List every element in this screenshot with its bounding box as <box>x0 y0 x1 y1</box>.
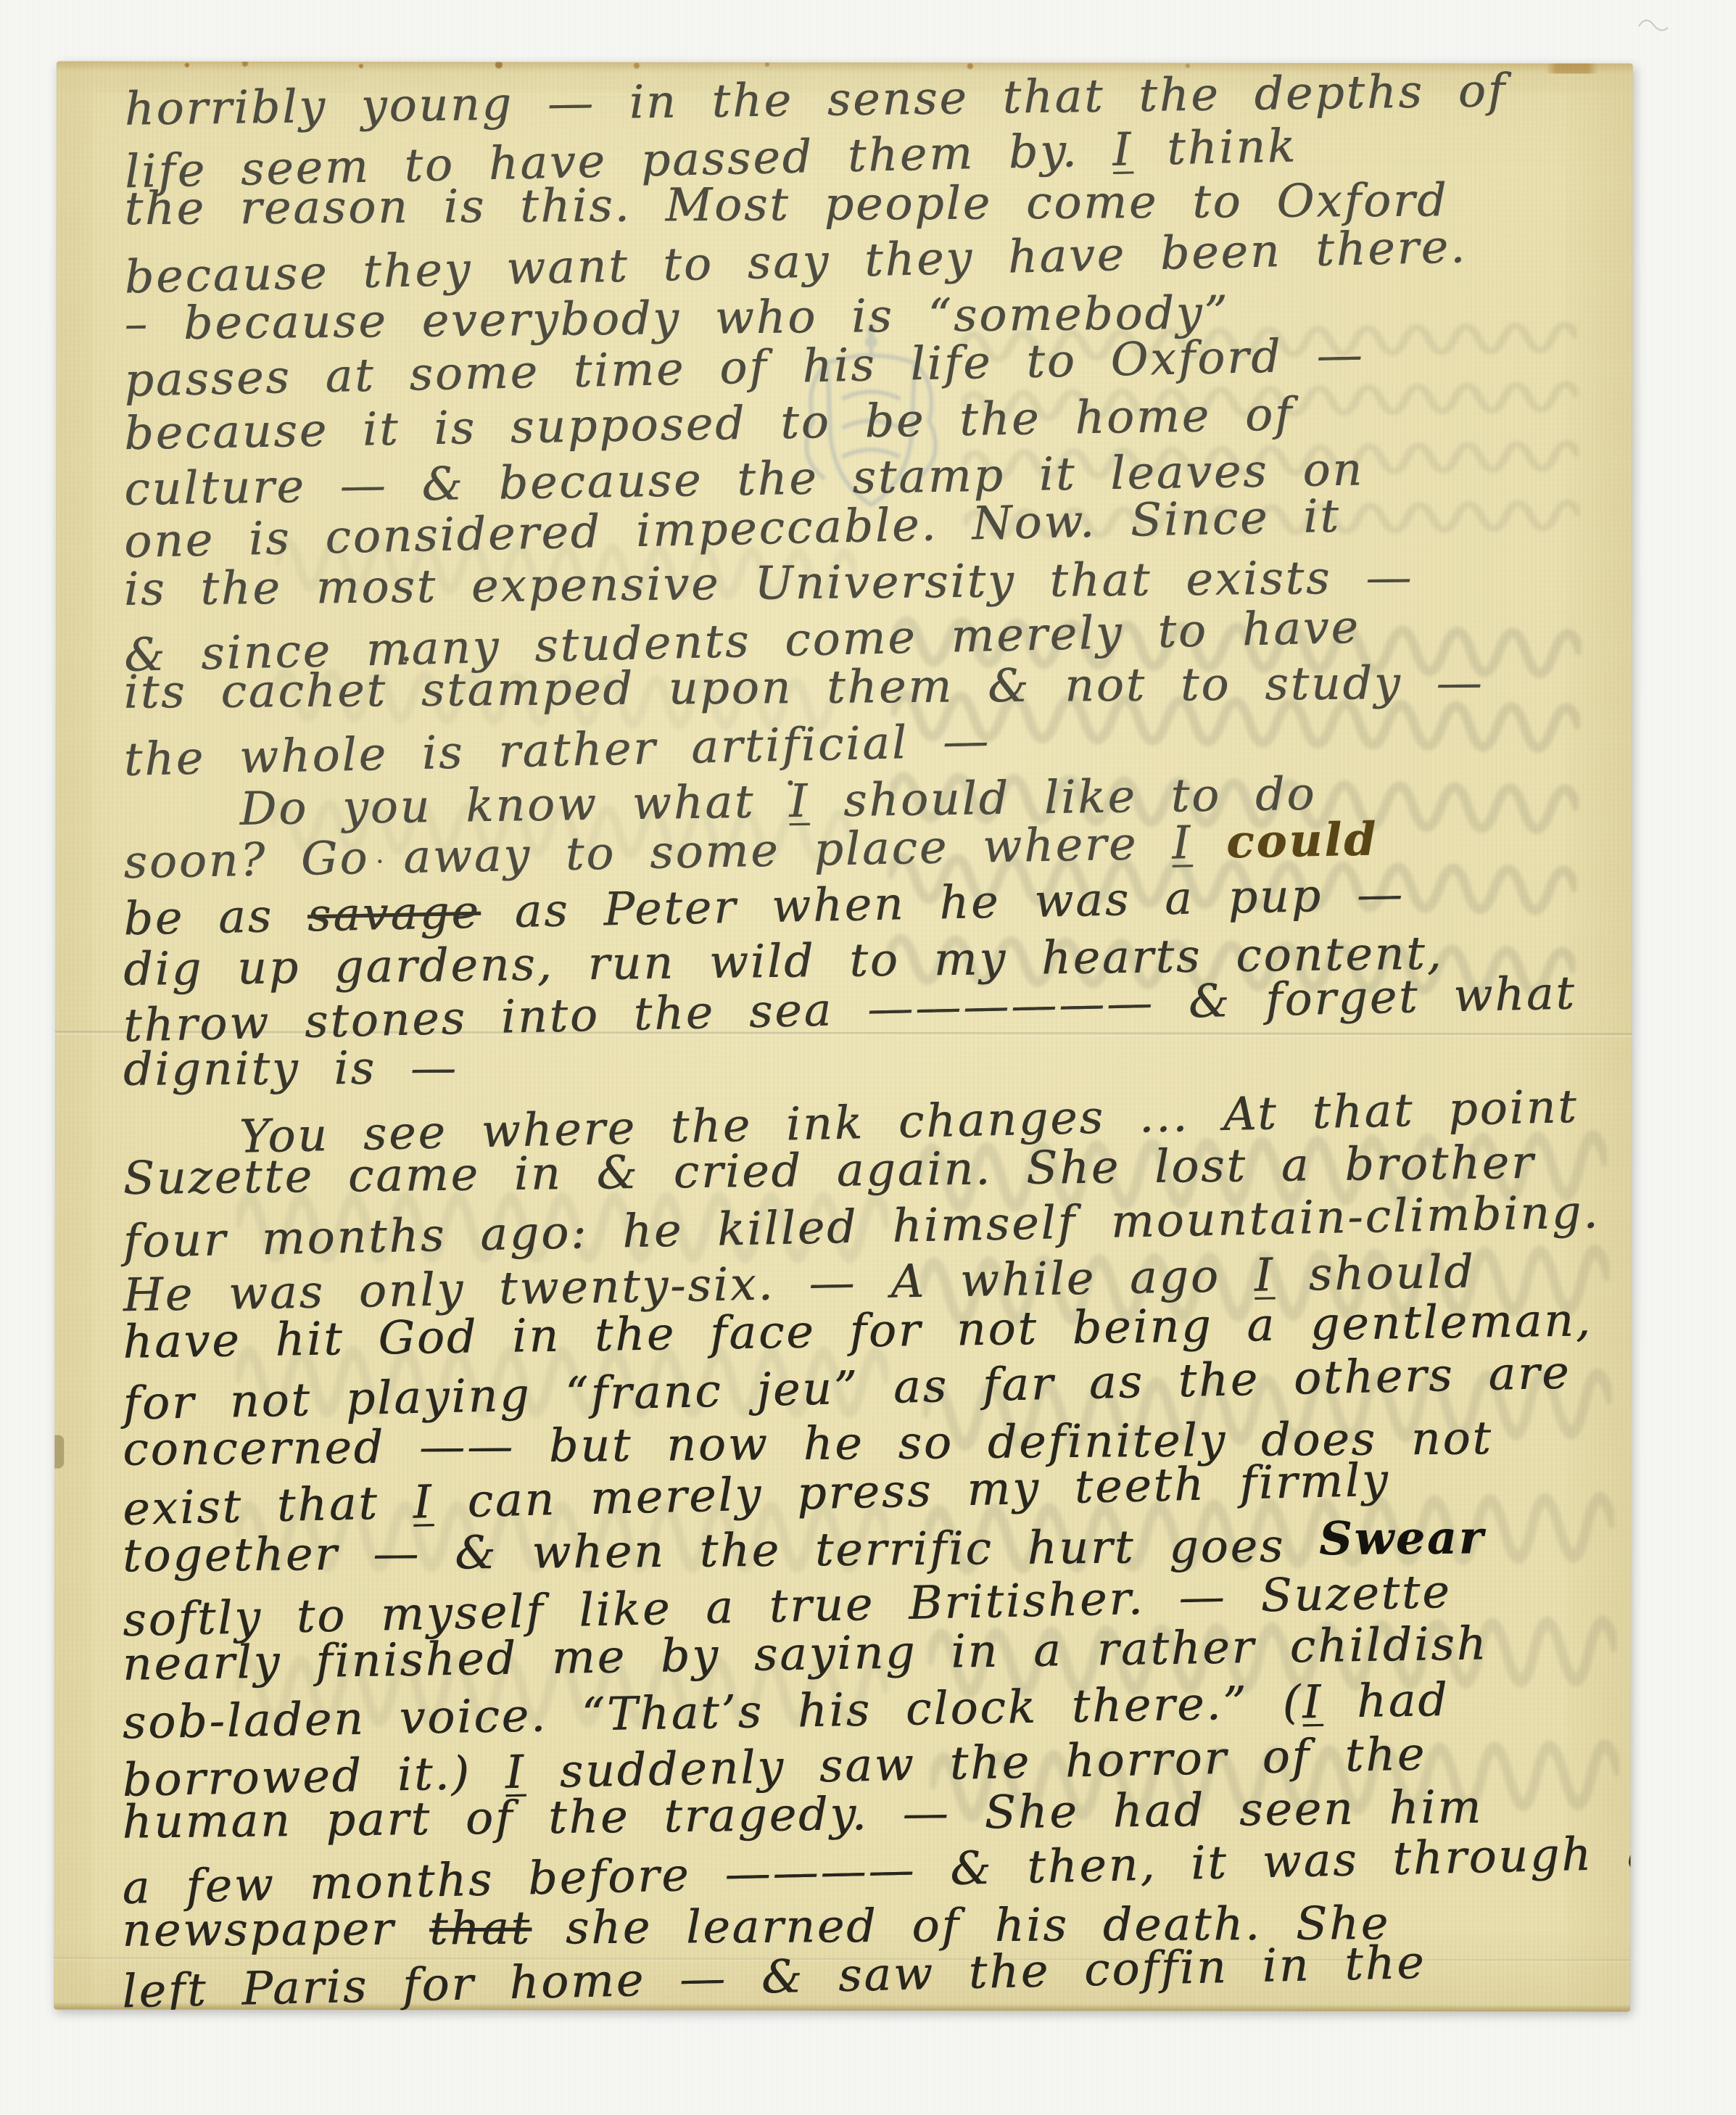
text-segment: could <box>1225 812 1378 869</box>
text-segment: I <box>413 1475 434 1529</box>
text-segment: think <box>1132 119 1297 176</box>
text-segment: should <box>1274 1245 1476 1301</box>
scan-fiber <box>1635 12 1671 41</box>
text-segment: Swear <box>1319 1510 1485 1565</box>
text-segment: dignity is — <box>123 1041 458 1095</box>
text-segment: I <box>789 775 810 828</box>
letter-page: horribly young — in the sense that the d… <box>54 61 1633 2011</box>
text-segment: I <box>1171 816 1192 869</box>
text-segment: that <box>429 1902 532 1955</box>
letter-body: horribly young — in the sense that the d… <box>122 72 1611 2006</box>
text-segment: had <box>1322 1673 1450 1728</box>
text-segment: I <box>1112 123 1134 176</box>
text-segment: newspaper <box>122 1902 429 1956</box>
paper-chip <box>54 1435 64 1468</box>
scan-background: { "page": { "kind": "scanned handwritten… <box>0 0 1736 2115</box>
text-segment: be as <box>123 889 308 945</box>
text-segment: I <box>1254 1248 1275 1301</box>
text-segment: I <box>1302 1675 1323 1728</box>
text-segment: savage <box>307 886 481 942</box>
text-segment <box>1191 815 1226 869</box>
